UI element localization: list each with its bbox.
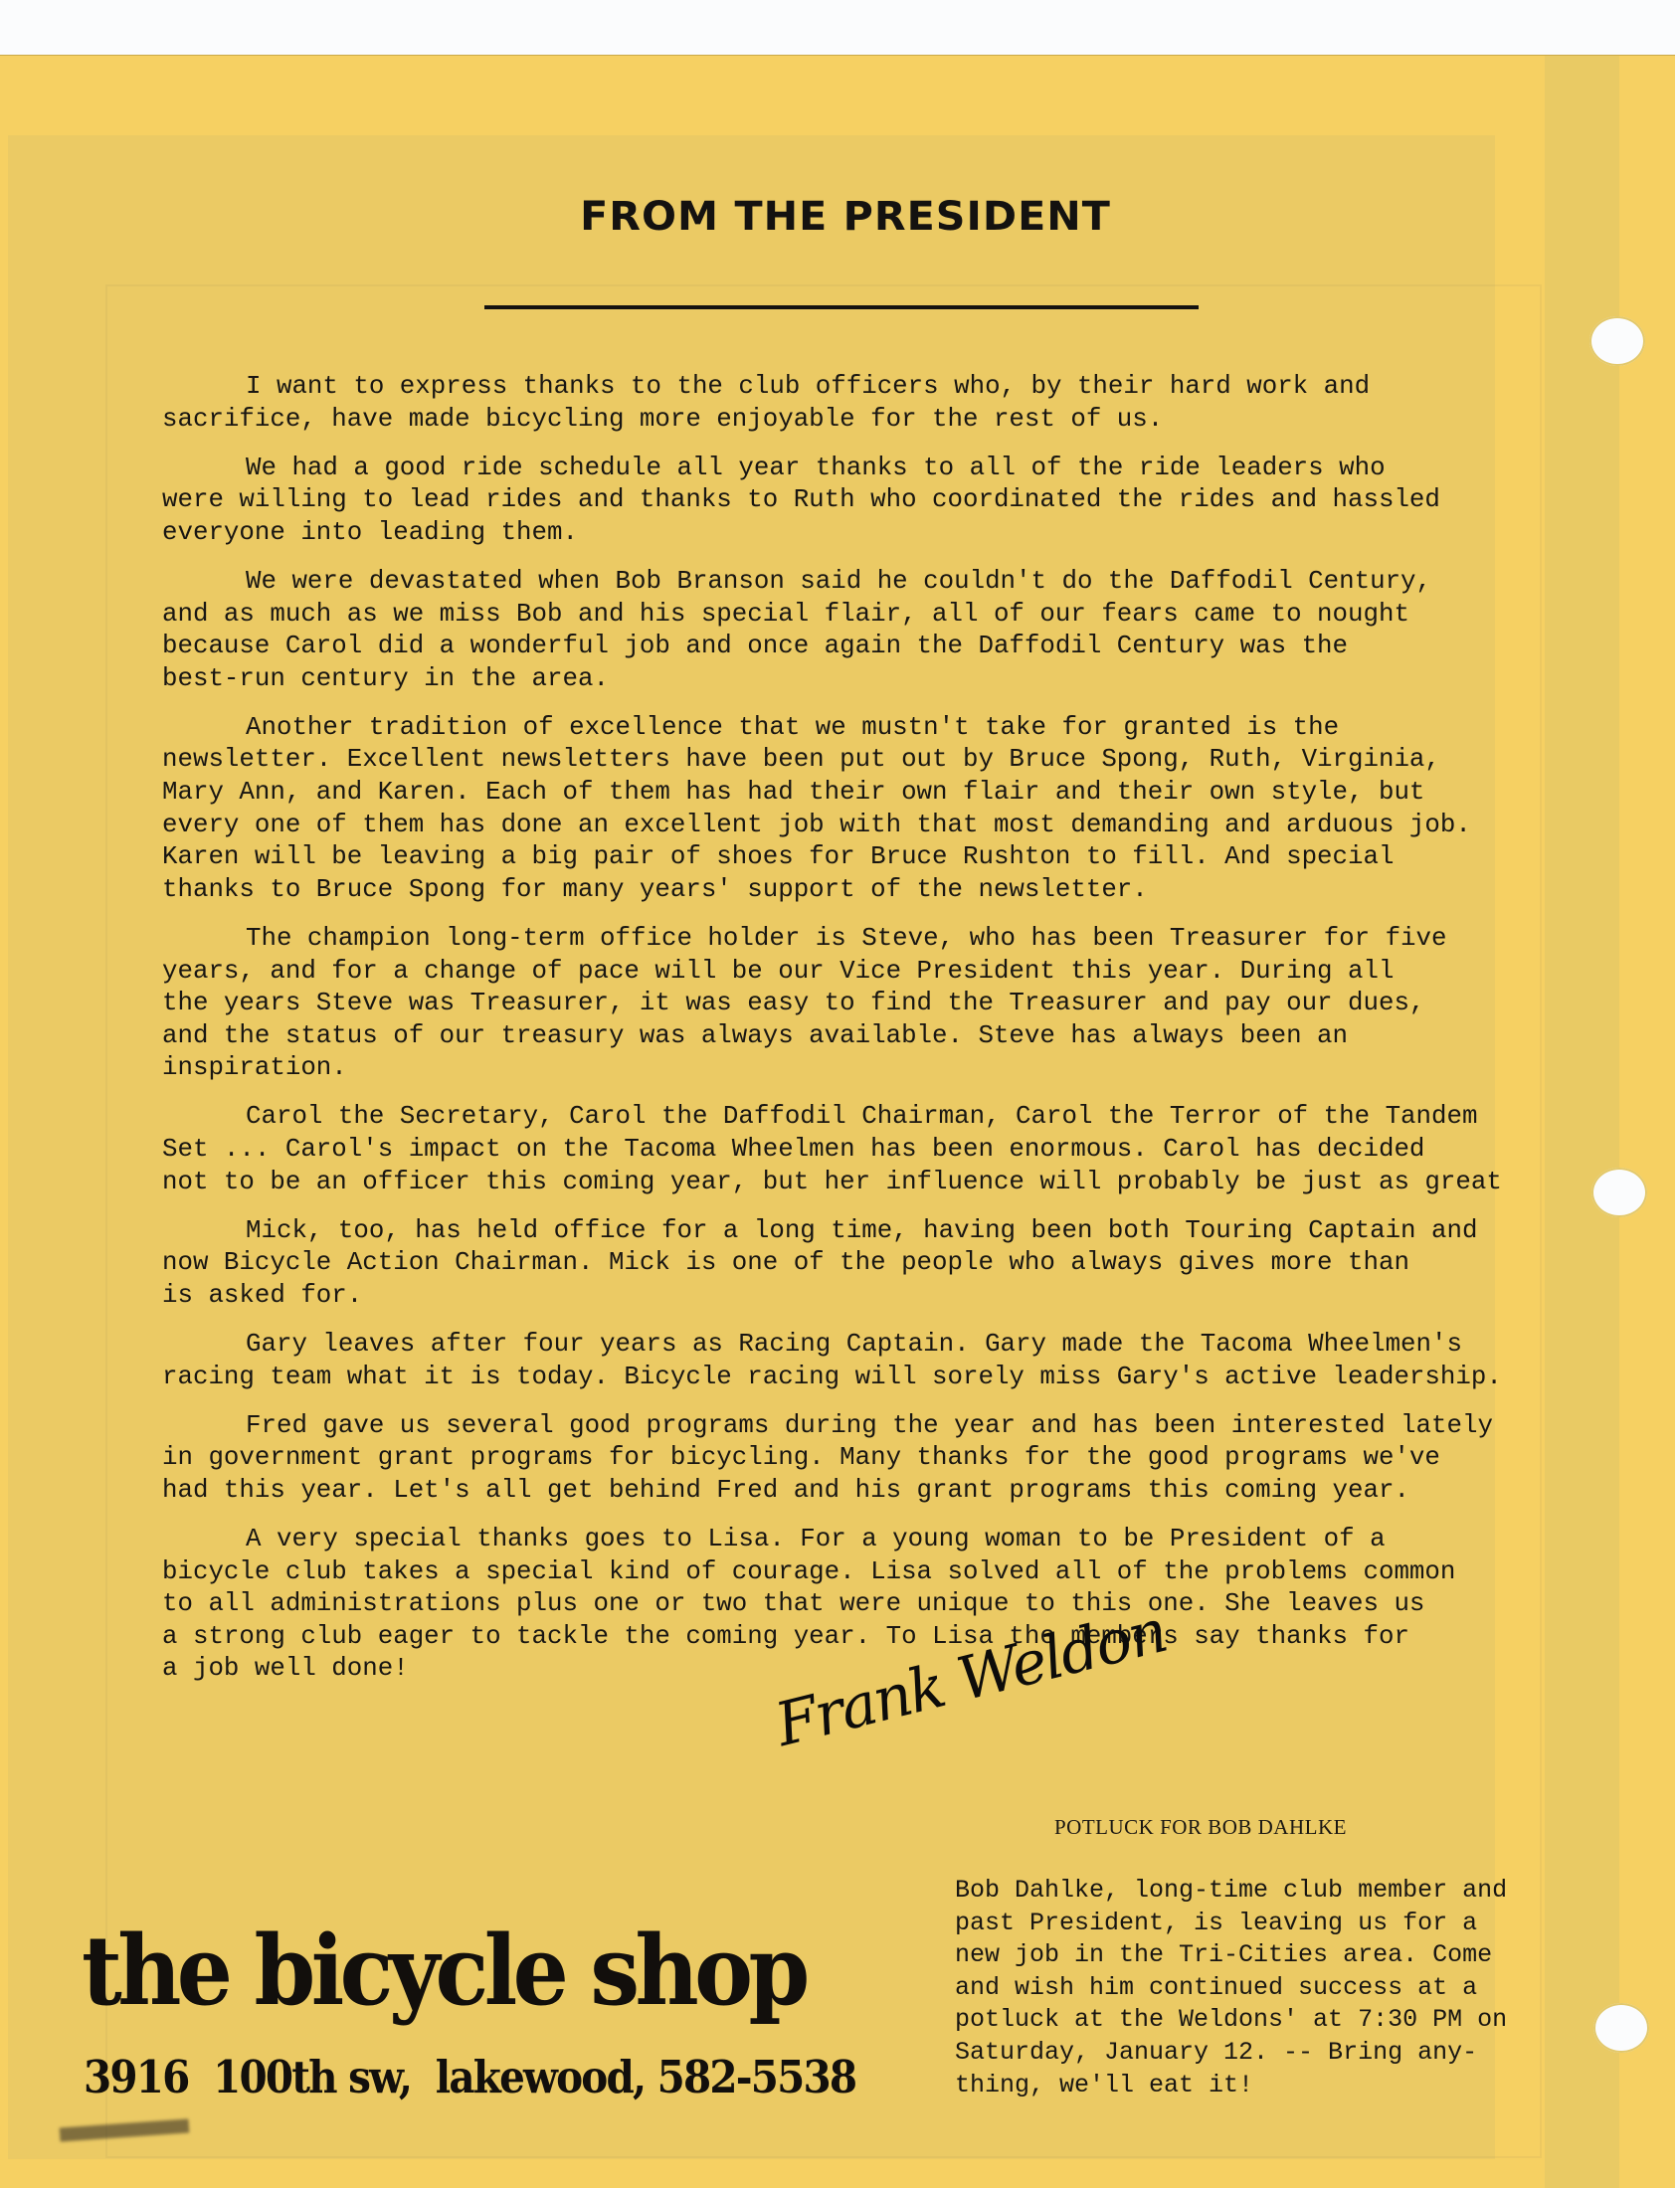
advertisement-shop-name: the bicycle shop — [82, 1914, 806, 2027]
punch-hole-middle — [1591, 1168, 1647, 1217]
paragraph-officers: I want to express thanks to the club off… — [162, 371, 1594, 436]
paragraph-steve: The champion long-term office holder is … — [162, 923, 1594, 1085]
title-underline — [484, 305, 1199, 309]
paragraph-mick: Mick, too, has held office for a long ti… — [162, 1215, 1594, 1313]
punch-hole-top — [1589, 316, 1645, 366]
paragraph-fred: Fred gave us several good programs durin… — [162, 1410, 1594, 1508]
article-title: FROM THE PRESIDENT — [476, 194, 1214, 240]
president-letter: I want to express thanks to the club off… — [162, 371, 1594, 1702]
punch-hole-bottom — [1593, 2003, 1649, 2053]
paragraph-carol: Carol the Secretary, Carol the Daffodil … — [162, 1101, 1594, 1198]
paragraph-daffodil-century: We were devastated when Bob Branson said… — [162, 566, 1594, 695]
potluck-heading: POTLUCK FOR BOB DAHLKE — [1054, 1815, 1347, 1840]
paragraph-gary: Gary leaves after four years as Racing C… — [162, 1329, 1594, 1393]
paragraph-lisa: A very special thanks goes to Lisa. For … — [162, 1524, 1594, 1686]
paragraph-newsletter: Another tradition of excellence that we … — [162, 712, 1594, 907]
potluck-notice: Bob Dahlke, long-time club member and pa… — [955, 1875, 1582, 2101]
advertisement-address: 3916 100th sw, lakewood, 582-5538 — [84, 2051, 855, 2103]
paragraph-ride-schedule: We had a good ride schedule all year tha… — [162, 453, 1594, 550]
